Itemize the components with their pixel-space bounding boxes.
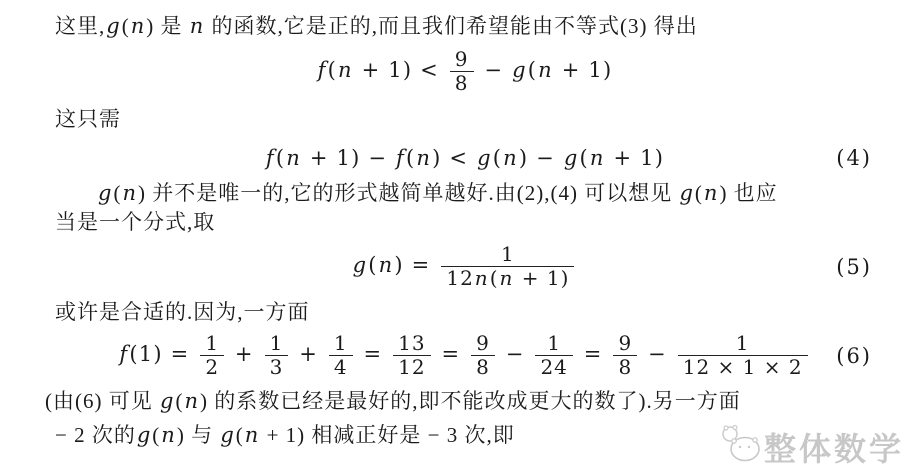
fraction: 12 — [200, 332, 224, 379]
equation-body: f(n + 1) − f(n) < g(n) − g(n + 1) — [265, 144, 664, 172]
equation-f-upper-bound: f(n + 1) < 98 − g(n + 1) — [55, 48, 874, 95]
equation-body: g(n) = 112n(n + 1) — [352, 243, 578, 290]
paragraph-coefficient-best: (由(6) 可见 g(n) 的系数已经是最好的,即不能改成更大的数了).另一方面 — [45, 387, 874, 415]
fraction: 13 — [265, 332, 289, 379]
equation-6: f(1) = 12 + 13 + 14 = 1312 = 98 − 124 = … — [55, 332, 874, 379]
fraction: 98 — [450, 48, 474, 95]
watermark-text: 整体数学 — [764, 424, 904, 470]
fraction: 98 — [613, 332, 637, 379]
equation-number: (4) — [836, 146, 872, 170]
equation-body: f(n + 1) < 98 − g(n + 1) — [317, 48, 613, 95]
equation-number: (5) — [836, 255, 872, 279]
fraction: 1312 — [393, 332, 430, 379]
fraction: 112n(n + 1) — [441, 243, 574, 290]
paragraph-this-only-needs: 这只需 — [55, 105, 874, 133]
watermark: 整体数学 — [719, 423, 904, 470]
fraction: 14 — [329, 332, 353, 379]
paragraph-intro: 这里,g(n) 是 n 的函数,它是正的,而且我们希望能由不等式(3) 得出 — [55, 12, 874, 40]
fraction: 124 — [535, 332, 572, 379]
equation-body: f(1) = 12 + 13 + 14 = 1312 = 98 − 124 = … — [118, 332, 810, 379]
mascot-face-icon — [719, 423, 763, 470]
fraction: 112 × 1 × 2 — [678, 332, 808, 379]
equation-4: f(n + 1) − f(n) < g(n) − g(n + 1) (4) — [55, 143, 874, 173]
fraction: 98 — [471, 332, 495, 379]
equation-number: (6) — [836, 344, 872, 368]
paragraph-g-not-unique: g(n) 并不是唯一的,它的形式越简单越好.由(2),(4) 可以想见 g(n)… — [55, 179, 874, 237]
equation-5: g(n) = 112n(n + 1) (5) — [55, 243, 874, 290]
document-page: 这里,g(n) 是 n 的函数,它是正的,而且我们希望能由不等式(3) 得出 f… — [0, 0, 912, 476]
paragraph-maybe-suitable: 或许是合适的.因为,一方面 — [55, 298, 874, 326]
